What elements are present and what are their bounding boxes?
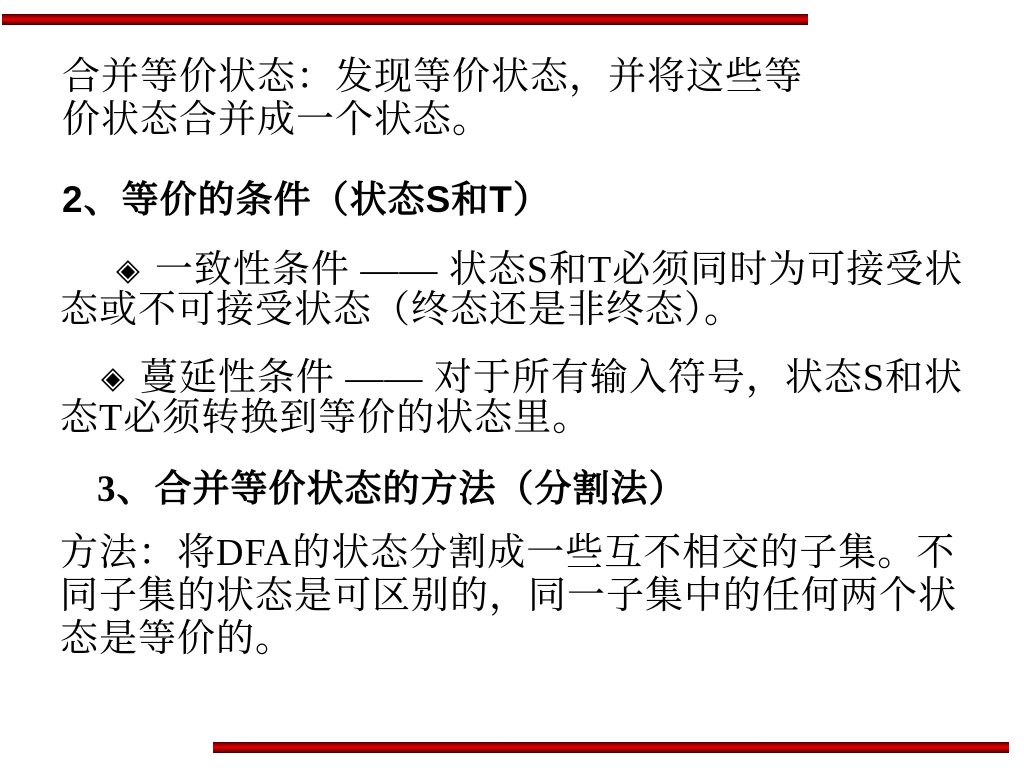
heading-partition-method: 3、合并等价状态的方法（分割法） [97,468,687,511]
method-paragraph-line: 方法：将DFA的状态分割成一些互不相交的子集。不 [60,532,955,575]
intro-paragraph-line: 合并等价状态：发现等价状态，并将这些等 [62,56,803,99]
method-paragraph-line: 同子集的状态是可区别的，同一子集中的任何两个状 [60,575,957,618]
condition-propagation-line: ◈蔓延性条件 —— 对于所有输入符号，状态S和状 [101,357,963,400]
heading-equivalence-conditions: 2、等价的条件（状态S和T） [62,178,551,221]
condition-consistency-text: 一致性条件 —— 状态S和T必须同时为可接受状 [155,249,963,291]
condition-propagation-text: 蔓延性条件 —— 对于所有输入符号，状态S和状 [140,357,963,399]
diamond-bullet-icon: ◈ [101,360,126,396]
diamond-bullet-icon: ◈ [116,252,141,288]
method-paragraph-line: 态是等价的。 [60,618,294,661]
condition-propagation-line: 态T必须转换到等价的状态里。 [60,397,591,440]
bottom-divider-bar [213,742,1009,753]
intro-paragraph-line: 价状态合并成一个状态。 [62,99,491,142]
top-divider-bar [2,14,808,25]
slide-canvas: 合并等价状态：发现等价状态，并将这些等 价状态合并成一个状态。 2、等价的条件（… [0,0,1024,768]
condition-consistency-line: ◈一致性条件 —— 状态S和T必须同时为可接受状 [116,249,963,292]
condition-consistency-line: 态或不可接受状态（终态还是非终态）。 [60,289,743,332]
